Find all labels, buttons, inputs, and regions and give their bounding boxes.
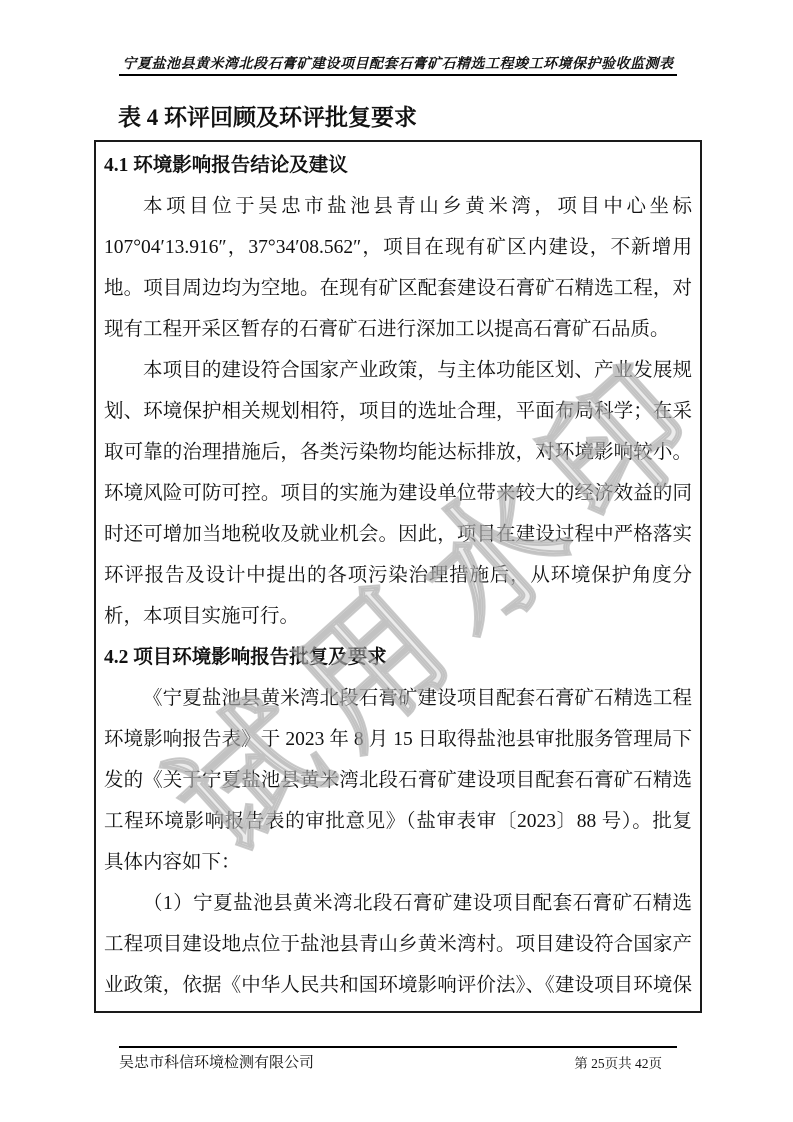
paragraph-approval-item-1: （1）宁夏盐池县黄米湾北段石膏矿建设项目配套石膏矿石精选工程项目建设地点位于盐池… [104,883,692,1013]
paragraph-project-location: 本项目位于吴忠市盐池县青山乡黄米湾，项目中心坐标107°04′13.916″，3… [104,186,692,350]
paragraph-project-conclusion: 本项目的建设符合国家产业政策，与主体功能区划、产业发展规划、环境保护相关规划相符… [104,350,692,637]
table-caption: 表 4 环评回顾及环评批复要求 [118,99,417,132]
footer-company-name: 吴忠市科信环境检测有限公司 [119,1051,314,1072]
section-heading-4-1: 4.1 环境影响报告结论及建议 [104,145,692,186]
footer-rule [119,1046,677,1048]
paragraph-approval-document: 《宁夏盐池县黄米湾北段石膏矿建设项目配套石膏矿石精选工程环境影响报告表》于 20… [104,678,692,883]
running-header-title: 宁夏盐池县黄米湾北段石膏矿建设项目配套石膏矿石精选工程竣工环境保护验收监测表 [119,53,677,73]
document-page: 宁夏盐池县黄米湾北段石膏矿建设项目配套石膏矿石精选工程竣工环境保护验收监测表 表… [0,0,793,1122]
footer-page-number: 第 25页共 42页 [462,1052,662,1072]
header-rule [119,74,677,76]
content-box: 4.1 环境影响报告结论及建议 本项目位于吴忠市盐池县青山乡黄米湾，项目中心坐标… [94,140,702,1013]
section-heading-4-2: 4.2 项目环境影响报告批复及要求 [104,637,692,678]
